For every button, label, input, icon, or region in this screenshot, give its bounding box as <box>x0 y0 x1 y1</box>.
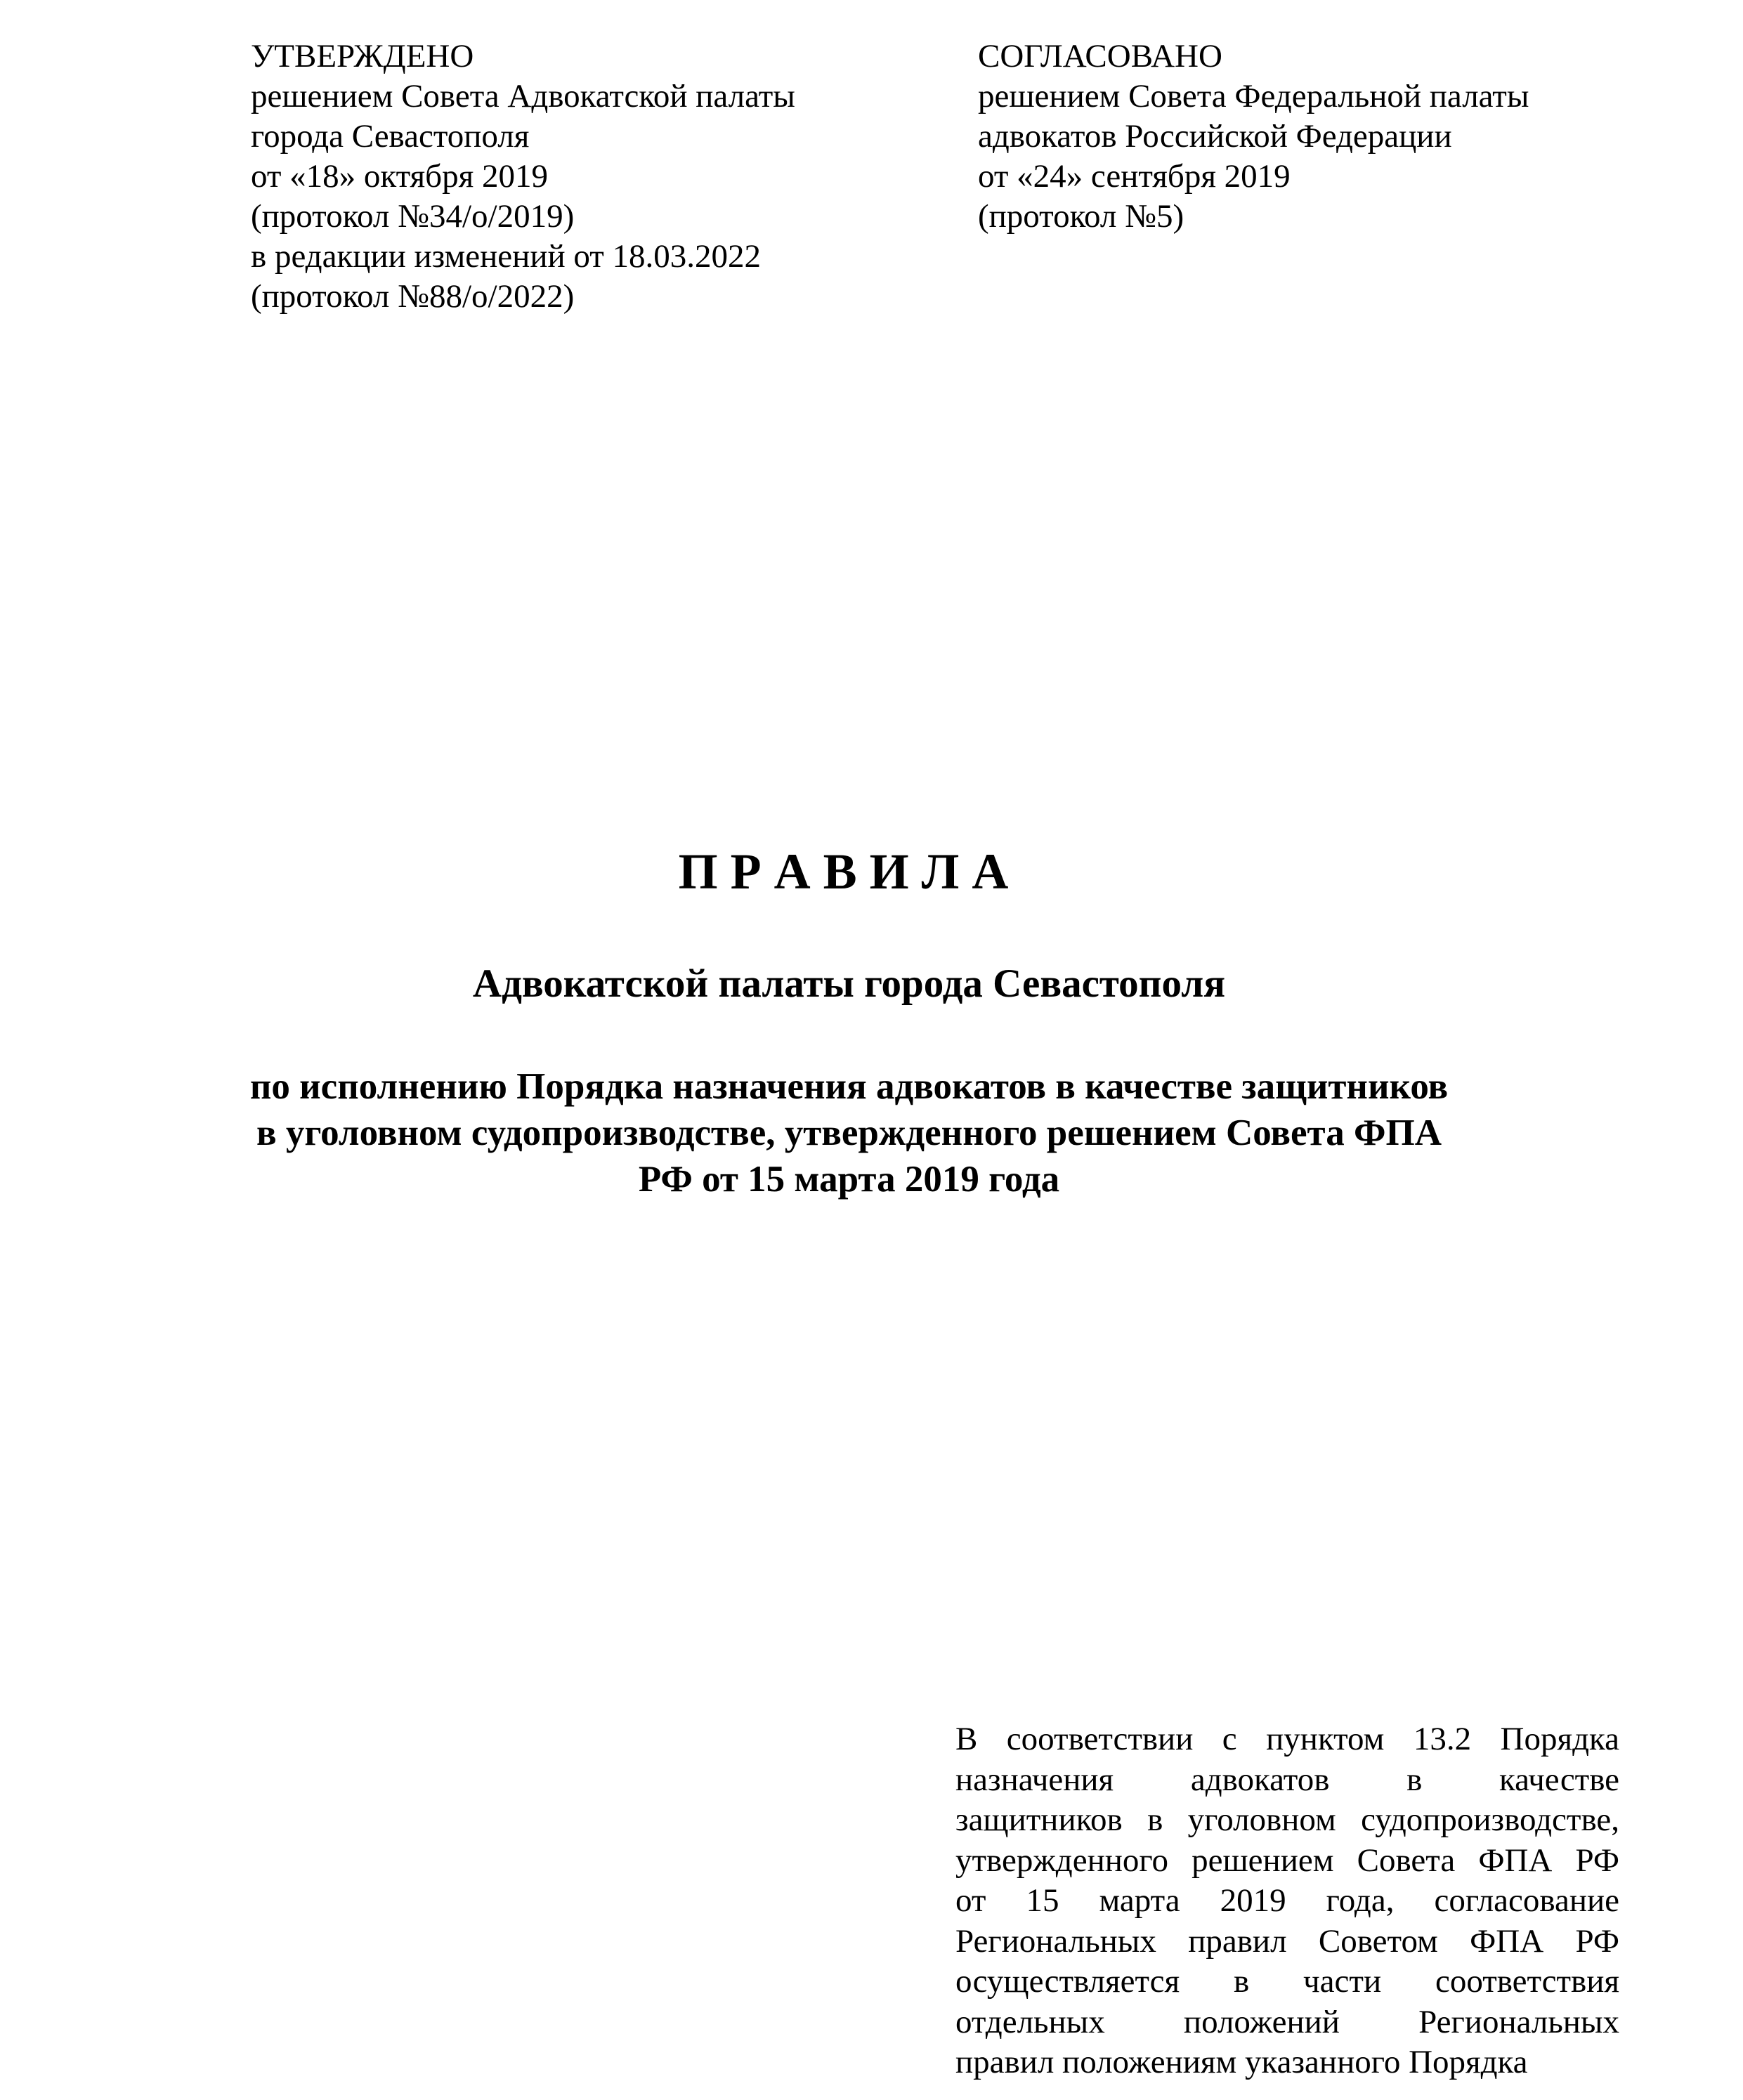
approval-heading: УТВЕРЖДЕНО <box>251 37 795 77</box>
preamble-line: от 15 марта 2019 года, согласование <box>955 1881 1619 1922</box>
agreement-heading: СОГЛАСОВАНО <box>978 37 1529 77</box>
scope-line: в уголовном судопроизводстве, утвержденн… <box>0 1110 1721 1156</box>
scope-line: РФ от 15 марта 2019 года <box>0 1156 1721 1202</box>
approval-amendment: в редакции изменений от 18.03.2022 <box>251 237 795 277</box>
preamble-line: Региональных правил Советом ФПА РФ <box>955 1922 1619 1962</box>
document-subtitle: Адвокатской палаты города Севастополя <box>0 959 1721 1009</box>
approval-protocol: (протокол №34/о/2019) <box>251 197 795 237</box>
preamble-line: назначения адвокатов в качестве <box>955 1760 1619 1801</box>
document-title: П Р А В И Л А <box>0 840 1715 903</box>
document-scope: по исполнению Порядка назначения адвокат… <box>0 1063 1721 1202</box>
approval-line: решением Совета Адвокатской палаты <box>251 77 795 117</box>
agreement-protocol: (протокол №5) <box>978 197 1529 237</box>
preamble-line: защитников в уголовном судопроизводстве, <box>955 1800 1619 1841</box>
preamble-paragraph: В соответствии с пунктом 13.2 Порядка на… <box>955 1719 1619 2083</box>
agreement-line: адвокатов Российской Федерации <box>978 117 1529 157</box>
approval-date: от «18» октября 2019 <box>251 157 795 197</box>
approval-line: города Севастополя <box>251 117 795 157</box>
preamble-line: осуществляется в части соответствия <box>955 1962 1619 2002</box>
preamble-line: отдельных положений Региональных <box>955 2002 1619 2043</box>
preamble-line: утвержденного решением Совета ФПА РФ <box>955 1841 1619 1882</box>
scope-line: по исполнению Порядка назначения адвокат… <box>0 1063 1721 1110</box>
agreement-stamp: СОГЛАСОВАНО решением Совета Федеральной … <box>978 37 1529 237</box>
preamble-line: В соответствии с пунктом 13.2 Порядка <box>955 1719 1619 1760</box>
preamble-line: правил положениям указанного Порядка <box>955 2042 1619 2083</box>
approval-amendment-protocol: (протокол №88/о/2022) <box>251 277 795 317</box>
agreement-date: от «24» сентября 2019 <box>978 157 1529 197</box>
approval-stamp: УТВЕРЖДЕНО решением Совета Адвокатской п… <box>251 37 795 317</box>
agreement-line: решением Совета Федеральной палаты <box>978 77 1529 117</box>
